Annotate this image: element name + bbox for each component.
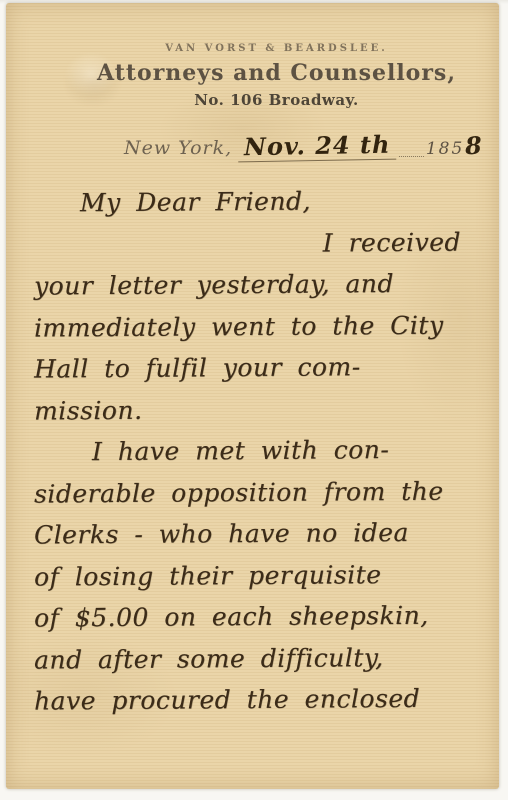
letter-paper: VAN VORST & BEARDSLEE. Attorneys and Cou… [6,3,499,789]
handwritten-line: I received [34,221,479,266]
dateline-dotted-rule [399,153,424,157]
dateline-handwritten-date: Nov. 24 th [238,130,397,163]
handwritten-line: have procured the enclosed [34,677,479,722]
handwritten-line: your letter yesterday, and [34,262,479,307]
firm-address: No. 106 Broadway. [30,91,508,109]
dateline: New York, Nov. 24 th 185 8 [124,131,482,161]
handwritten-line: mission. [34,387,479,432]
dateline-year-printed: 185 [426,139,464,159]
dateline-place: New York, [124,137,232,159]
handwritten-line: and after some difficulty, [34,636,479,681]
firm-profession: Attorneys and Counsellors, [30,60,508,86]
firm-name: VAN VORST & BEARDSLEE. [30,43,508,54]
handwritten-line: immediately went to the City [34,304,479,349]
dateline-year-handwritten: 8 [465,131,483,161]
handwritten-line: I have met with con- [34,428,479,473]
handwritten-line: siderable opposition from the [34,470,479,515]
handwritten-line: of losing their perquisite [34,553,479,598]
scan-background: VAN VORST & BEARDSLEE. Attorneys and Cou… [0,0,508,800]
handwritten-line: Clerks - who have no idea [34,511,479,556]
handwritten-line: My Dear Friend, [34,179,479,224]
handwritten-line: Hall to fulfil your com- [34,345,479,390]
letterhead: VAN VORST & BEARDSLEE. Attorneys and Cou… [30,43,508,109]
letter-body: My Dear Friend, I received your letter y… [34,181,479,721]
handwritten-line: of $5.00 on each sheepskin, [34,594,479,639]
